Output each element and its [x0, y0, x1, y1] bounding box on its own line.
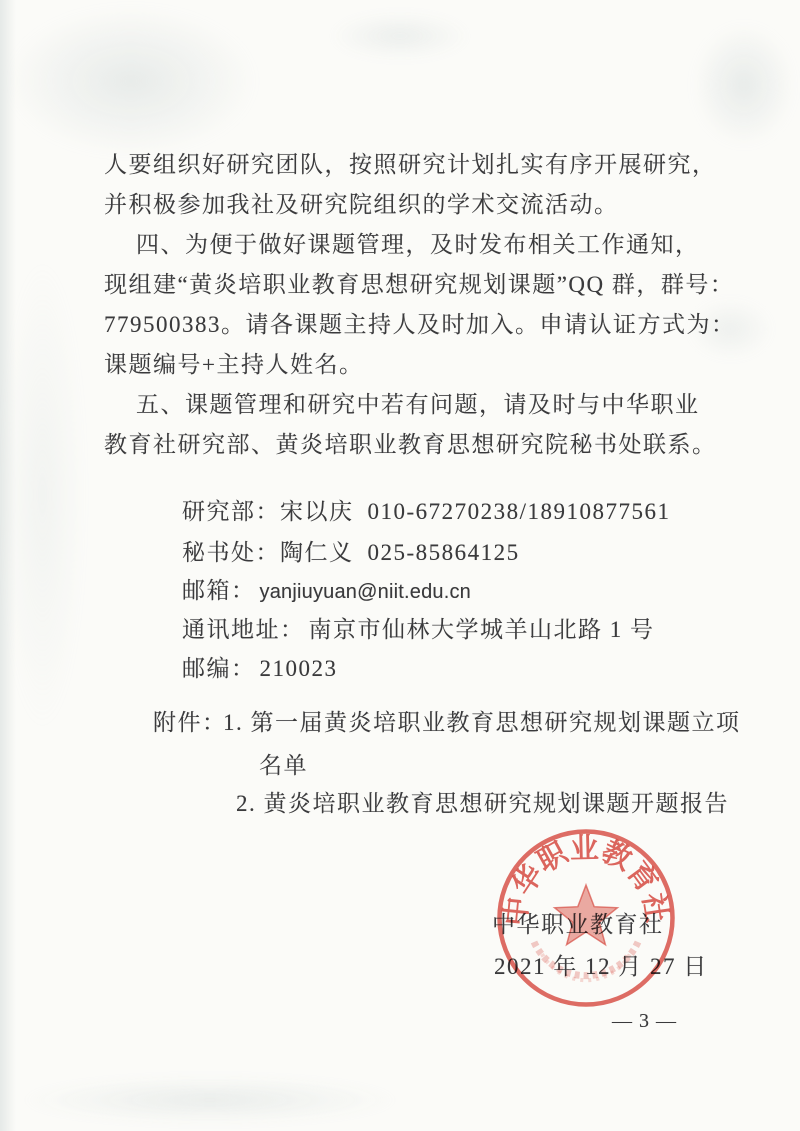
contact-postcode: 210023 [260, 656, 338, 681]
scan-edge-shadow [0, 0, 16, 1131]
body-line-paragraph-start: 四、为便于做好课题管理，及时发布相关工作通知， [136, 232, 700, 257]
body-line-paragraph-start: 五、课题管理和研究中若有问题，请及时与中华职业 [136, 392, 700, 417]
scan-artifact [6, 6, 256, 156]
scan-artifact [330, 12, 470, 60]
scan-artifact [20, 1076, 400, 1124]
body-line: 教育社研究部、黄炎培职业教育思想研究院秘书处联系。 [104, 432, 717, 457]
body-line: 人要组织好研究团队，按照研究计划扎实有序开展研究， [104, 152, 717, 177]
contact-label: 邮编： [182, 656, 256, 681]
contact-line-postcode: 邮编：210023 [153, 631, 338, 706]
attachment-item: 2. 黄炎培职业教育思想研究规划课题开题报告 [236, 791, 729, 816]
body-line: 并积极参加我社及研究院组织的学术交流活动。 [104, 192, 619, 217]
body-line: 现组建“黄炎培职业教育思想研究规划课题”QQ 群，群号： [104, 272, 734, 297]
scan-artifact [0, 260, 85, 730]
document-page: 人要组织好研究团队，按照研究计划扎实有序开展研究， 并积极参加我社及研究院组织的… [0, 0, 800, 1131]
official-seal: 中华职业教育社 [494, 826, 678, 1010]
attachments-label: 附件： [153, 710, 227, 735]
attachment-item-continuation: 名单 [259, 753, 308, 778]
seal-smudge [534, 942, 638, 976]
page-number: — 3 — [612, 1009, 677, 1034]
contact-address: 南京市仙林大学城羊山北路 1 号 [309, 617, 655, 642]
attachment-item: 1. 第一届黄炎培职业教育思想研究规划课题立项 [223, 710, 741, 735]
body-line: 课题编号+主持人姓名。 [104, 352, 363, 377]
body-line: 779500383。请各课题主持人及时加入。申请认证方式为： [104, 312, 736, 337]
scan-artifact [693, 24, 795, 146]
seal-star-icon [555, 885, 618, 945]
